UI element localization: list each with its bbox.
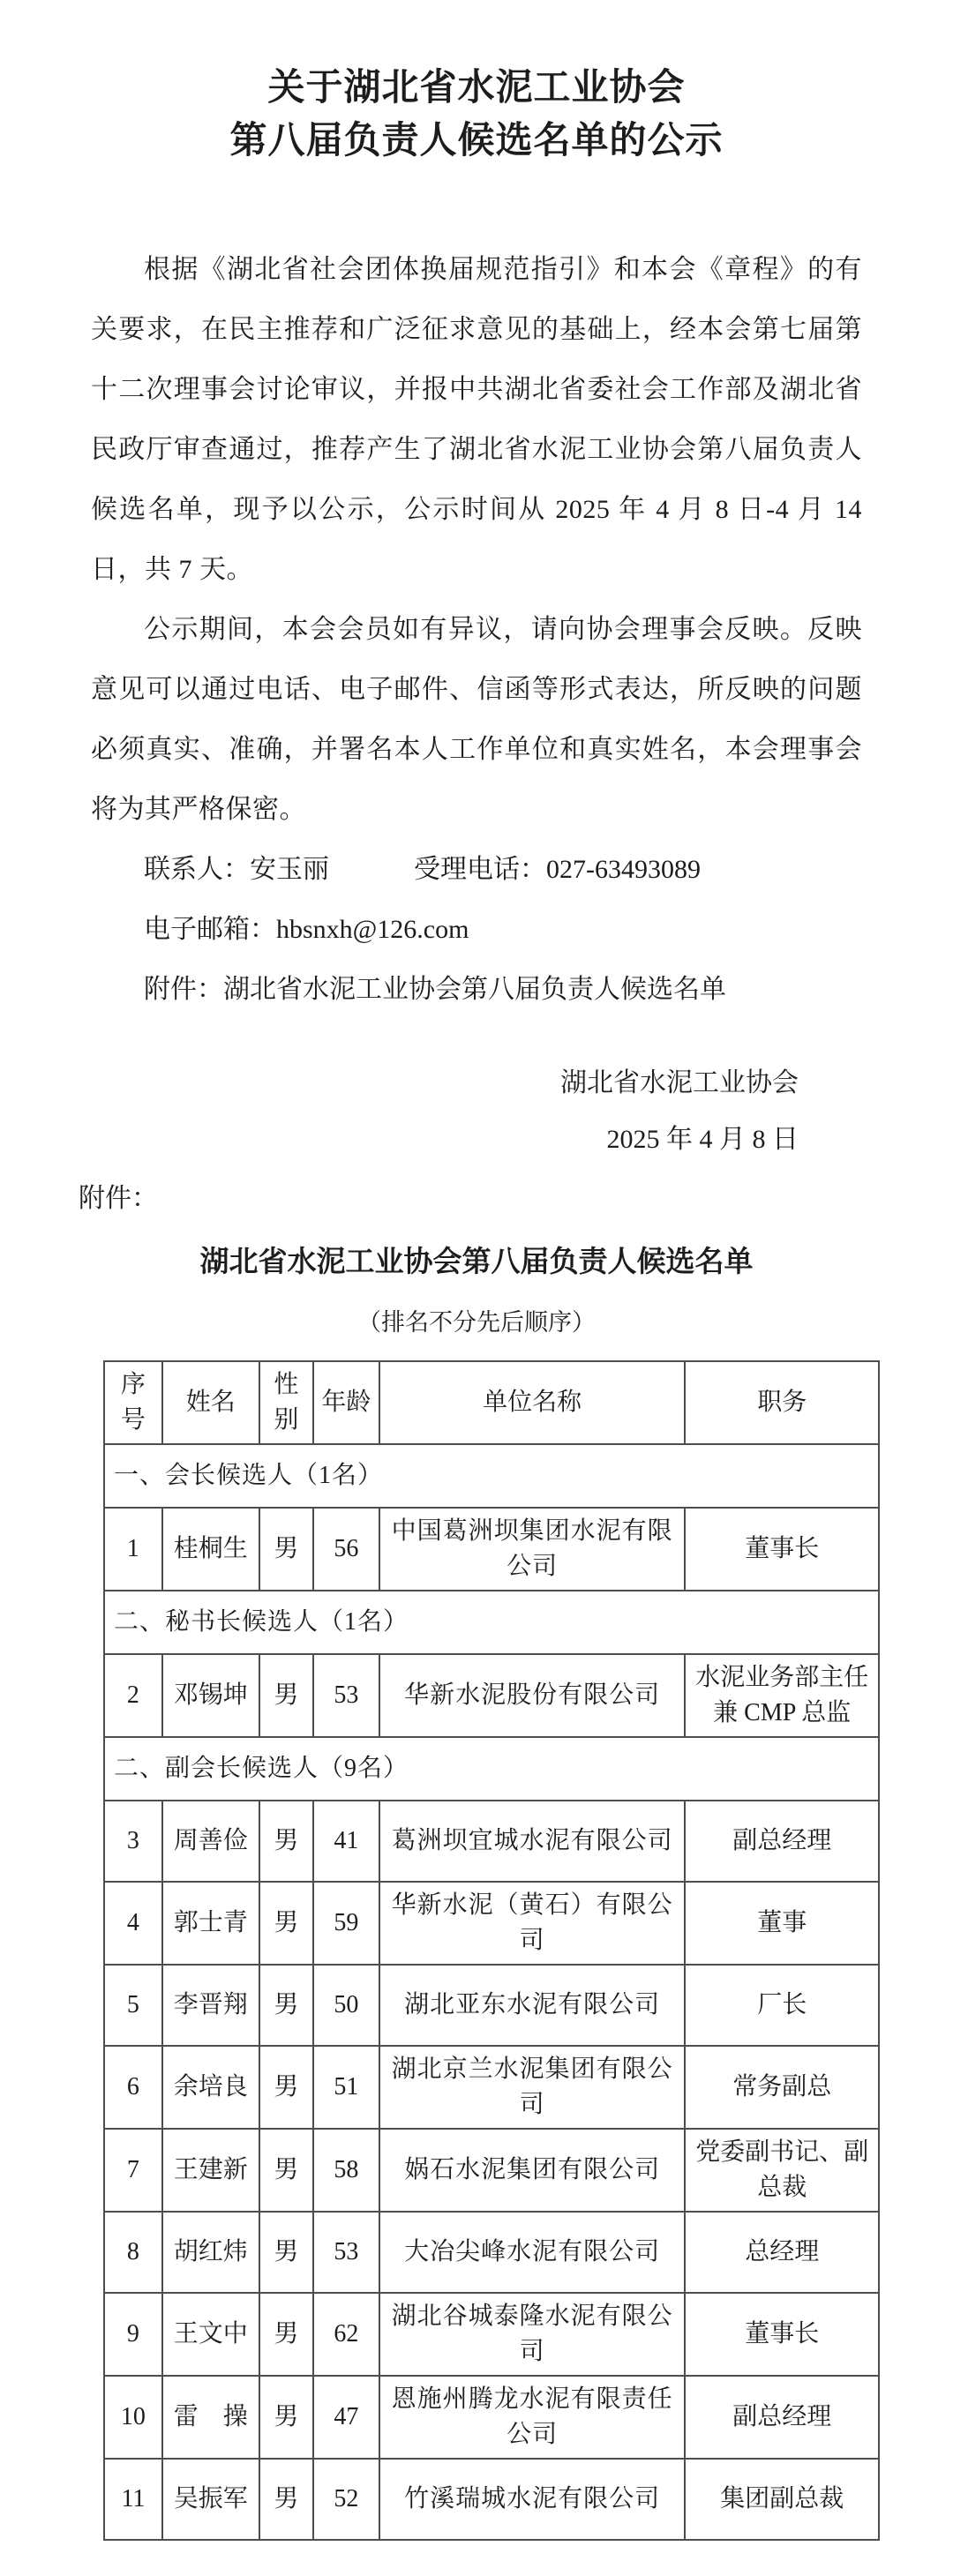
cell-title: 董事长 <box>685 2293 879 2376</box>
cell-name: 吴振军 <box>162 2459 259 2540</box>
cell-org: 湖北京兰水泥集团有限公司 <box>379 2046 686 2129</box>
cell-age: 51 <box>313 2046 379 2129</box>
cell-age: 47 <box>313 2376 379 2459</box>
cell-age: 50 <box>313 1965 379 2046</box>
cell-name: 胡红炜 <box>162 2212 259 2293</box>
signature-block: 湖北省水泥工业协会 2025 年 4 月 8 日 <box>91 1055 862 1168</box>
email-line: 电子邮箱：hbsnxh@126.com <box>91 900 862 960</box>
cell-title: 副总经理 <box>685 2376 879 2459</box>
cell-gender: 男 <box>259 2212 313 2293</box>
column-header-no: 序号 <box>104 1361 162 1444</box>
table-row: 7王建新男58娲石水泥集团有限公司党委副书记、副总裁 <box>104 2129 879 2212</box>
cell-gender: 男 <box>259 2293 313 2376</box>
cell-no: 3 <box>104 1801 162 1882</box>
cell-no: 11 <box>104 2459 162 2540</box>
cell-org: 华新水泥（黄石）有限公司 <box>379 1882 686 1965</box>
cell-org: 竹溪瑞城水泥有限公司 <box>379 2459 686 2540</box>
document-title: 关于湖北省水泥工业协会 第八届负责人候选名单的公示 <box>91 62 862 168</box>
cell-org: 恩施州腾龙水泥有限责任公司 <box>379 2376 686 2459</box>
cell-name: 王建新 <box>162 2129 259 2212</box>
table-row: 1桂桐生男56中国葛洲坝集团水泥有限公司董事长 <box>104 1508 879 1591</box>
cell-org: 大冶尖峰水泥有限公司 <box>379 2212 686 2293</box>
document-page: 关于湖北省水泥工业协会 第八届负责人候选名单的公示 根据《湖北省社会团体换届规范… <box>0 0 953 2576</box>
attachment-label: 附件： <box>79 1175 862 1223</box>
attachment-subtitle: （排名不分先后顺序） <box>91 1303 862 1337</box>
column-header-age: 年龄 <box>313 1361 379 1444</box>
cell-name: 桂桐生 <box>162 1508 259 1591</box>
cell-age: 41 <box>313 1801 379 1882</box>
cell-title: 副总经理 <box>685 1801 879 1882</box>
signature-organization: 湖北省水泥工业协会 <box>91 1055 799 1112</box>
table-row: 9王文中男62湖北谷城泰隆水泥有限公司董事长 <box>104 2293 879 2376</box>
contact-person: 联系人：安玉丽 <box>144 855 329 884</box>
contact-phone: 受理电话：027-63493089 <box>414 855 701 884</box>
section-label: 二、副会长候选人（9名） <box>104 1737 879 1801</box>
section-label: 一、会长候选人（1名） <box>104 1444 879 1508</box>
cell-no: 8 <box>104 2212 162 2293</box>
cell-gender: 男 <box>259 1801 313 1882</box>
cell-title: 常务副总 <box>685 2046 879 2129</box>
cell-no: 7 <box>104 2129 162 2212</box>
cell-name: 余培良 <box>162 2046 259 2129</box>
cell-org: 娲石水泥集团有限公司 <box>379 2129 686 2212</box>
cell-name: 邓锡坤 <box>162 1654 259 1737</box>
table-row: 6余培良男51湖北京兰水泥集团有限公司常务副总 <box>104 2046 879 2129</box>
cell-name: 周善俭 <box>162 1801 259 1882</box>
column-header-title: 职务 <box>685 1361 879 1444</box>
table-row: 5李晋翔男50湖北亚东水泥有限公司厂长 <box>104 1965 879 2046</box>
signature-date: 2025 年 4 月 8 日 <box>91 1112 799 1168</box>
cell-gender: 男 <box>259 2046 313 2129</box>
cell-name: 郭士青 <box>162 1882 259 1965</box>
cell-title: 水泥业务部主任兼 CMP 总监 <box>685 1654 879 1737</box>
cell-org: 湖北亚东水泥有限公司 <box>379 1965 686 2046</box>
cell-title: 集团副总裁 <box>685 2459 879 2540</box>
table-row: 2邓锡坤男53华新水泥股份有限公司水泥业务部主任兼 CMP 总监 <box>104 1654 879 1737</box>
attachment-title: 湖北省水泥工业协会第八届负责人候选名单 <box>91 1239 862 1280</box>
cell-gender: 男 <box>259 1882 313 1965</box>
cell-gender: 男 <box>259 2129 313 2212</box>
cell-no: 10 <box>104 2376 162 2459</box>
paragraph-objection: 公示期间，本会会员如有异议，请向协会理事会反映。反映意见可以通过电话、电子邮件、… <box>91 600 862 840</box>
table-row: 8胡红炜男53大冶尖峰水泥有限公司总经理 <box>104 2212 879 2293</box>
contact-line: 联系人：安玉丽受理电话：027-63493089 <box>91 840 862 900</box>
cell-gender: 男 <box>259 1654 313 1737</box>
candidates-table-body: 一、会长候选人（1名）1桂桐生男56中国葛洲坝集团水泥有限公司董事长二、秘书长候… <box>104 1444 879 2540</box>
cell-no: 5 <box>104 1965 162 2046</box>
header-row: 序号姓名性别年龄单位名称职务 <box>104 1361 879 1444</box>
cell-gender: 男 <box>259 2459 313 2540</box>
cell-org: 葛洲坝宜城水泥有限公司 <box>379 1801 686 1882</box>
document-title-line1: 关于湖北省水泥工业协会 <box>267 68 685 109</box>
cell-age: 56 <box>313 1508 379 1591</box>
cell-age: 53 <box>313 2212 379 2293</box>
candidates-table-head: 序号姓名性别年龄单位名称职务 <box>104 1361 879 1444</box>
cell-org: 华新水泥股份有限公司 <box>379 1654 686 1737</box>
cell-no: 1 <box>104 1508 162 1591</box>
cell-no: 9 <box>104 2293 162 2376</box>
cell-title: 董事 <box>685 1882 879 1965</box>
cell-age: 62 <box>313 2293 379 2376</box>
cell-name: 李晋翔 <box>162 1965 259 2046</box>
column-header-org: 单位名称 <box>379 1361 686 1444</box>
cell-no: 2 <box>104 1654 162 1737</box>
cell-gender: 男 <box>259 2376 313 2459</box>
table-row: 11吴振军男52竹溪瑞城水泥有限公司集团副总裁 <box>104 2459 879 2540</box>
cell-org: 湖北谷城泰隆水泥有限公司 <box>379 2293 686 2376</box>
cell-age: 58 <box>313 2129 379 2212</box>
table-row: 10雷 操男47恩施州腾龙水泥有限责任公司副总经理 <box>104 2376 879 2459</box>
cell-org: 中国葛洲坝集团水泥有限公司 <box>379 1508 686 1591</box>
cell-age: 53 <box>313 1654 379 1737</box>
cell-no: 4 <box>104 1882 162 1965</box>
cell-age: 59 <box>313 1882 379 1965</box>
cell-gender: 男 <box>259 1508 313 1591</box>
cell-title: 厂长 <box>685 1965 879 2046</box>
cell-title: 党委副书记、副总裁 <box>685 2129 879 2212</box>
cell-title: 总经理 <box>685 2212 879 2293</box>
cell-name: 雷 操 <box>162 2376 259 2459</box>
section-row: 二、副会长候选人（9名） <box>104 1737 879 1801</box>
cell-name: 王文中 <box>162 2293 259 2376</box>
candidates-table: 序号姓名性别年龄单位名称职务 一、会长候选人（1名）1桂桐生男56中国葛洲坝集团… <box>103 1360 880 2541</box>
column-header-name: 姓名 <box>162 1361 259 1444</box>
paragraph-basis: 根据《湖北省社会团体换届规范指引》和本会《章程》的有关要求，在民主推荐和广泛征求… <box>91 240 862 600</box>
attachment-reference-line: 附件：湖北省水泥工业协会第八届负责人候选名单 <box>91 960 862 1020</box>
table-row: 3周善俭男41葛洲坝宜城水泥有限公司副总经理 <box>104 1801 879 1882</box>
document-body: 根据《湖北省社会团体换届规范指引》和本会《章程》的有关要求，在民主推荐和广泛征求… <box>91 240 862 1020</box>
cell-no: 6 <box>104 2046 162 2129</box>
section-row: 一、会长候选人（1名） <box>104 1444 879 1508</box>
section-label: 二、秘书长候选人（1名） <box>104 1591 879 1654</box>
column-header-gender: 性别 <box>259 1361 313 1444</box>
cell-title: 董事长 <box>685 1508 879 1591</box>
section-row: 二、秘书长候选人（1名） <box>104 1591 879 1654</box>
table-row: 4郭士青男59华新水泥（黄石）有限公司董事 <box>104 1882 879 1965</box>
document-title-line2: 第八届负责人候选名单的公示 <box>229 121 723 161</box>
cell-gender: 男 <box>259 1965 313 2046</box>
cell-age: 52 <box>313 2459 379 2540</box>
